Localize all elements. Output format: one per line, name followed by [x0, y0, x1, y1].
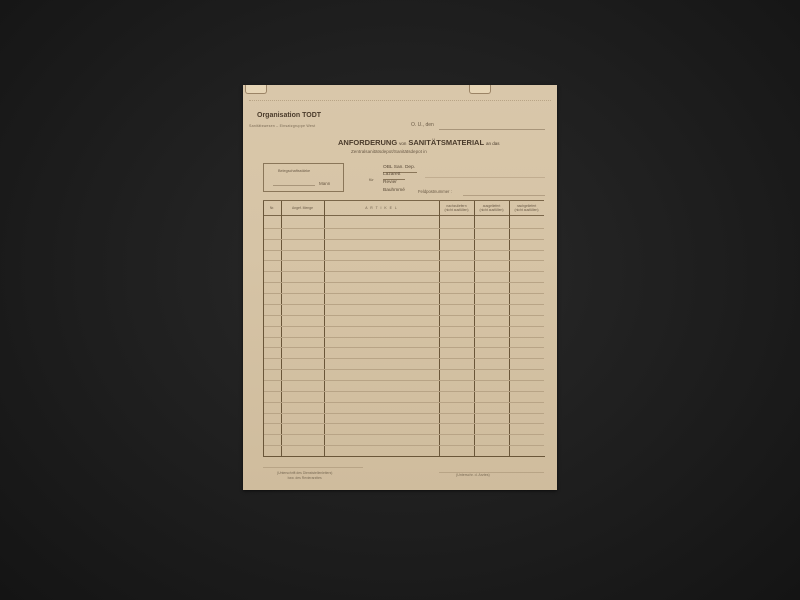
table-row[interactable]	[264, 326, 544, 327]
header-artikel: A R T I K E L	[324, 206, 439, 210]
header-nr: Nr.	[263, 206, 281, 210]
table-row[interactable]	[264, 239, 544, 240]
signature-left-line1: (Unterschrift des Dienststellenleiters)	[277, 471, 332, 476]
table-row[interactable]	[264, 347, 544, 348]
table-row[interactable]	[264, 369, 544, 370]
strength-box: Belegschaftsstärke Mann	[263, 163, 344, 192]
header-col4: nachzuliefern (nicht ausfüllen)	[439, 204, 474, 212]
table-row[interactable]	[264, 391, 544, 392]
strength-unit: Mann	[319, 181, 330, 186]
ou-date-label: O. U., den	[411, 122, 434, 128]
strength-label: Belegschaftsstärke	[278, 169, 310, 173]
table-bottom-border	[263, 456, 545, 457]
signature-left-line2: bzw. des Revierarzttes	[277, 476, 332, 481]
title-an-das: an das	[486, 141, 500, 146]
feldpost-label: Feldpostnummer :	[418, 189, 452, 194]
table-row[interactable]	[264, 250, 544, 251]
header-col4-note: (nicht ausfüllen)	[439, 208, 474, 212]
signature-right-label: (Unterschr. d. Arztes)	[456, 473, 490, 477]
header-col6: nachgeliefert (nicht ausfüllen)	[509, 204, 544, 212]
signature-left-field[interactable]	[263, 467, 363, 468]
title-anforderung: ANFORDERUNG	[338, 138, 397, 147]
perforation-line	[249, 100, 551, 101]
table-row[interactable]	[264, 358, 544, 359]
table-row[interactable]	[264, 282, 544, 283]
table-row[interactable]	[264, 337, 544, 338]
requisition-form: Organisation TODT Sanitätswesen – Einsat…	[243, 85, 557, 490]
table-row[interactable]	[264, 413, 544, 414]
fuer-label: für	[369, 177, 374, 182]
signature-left-label: (Unterschrift des Dienststellenleiters) …	[277, 471, 332, 480]
form-subtitle: Zentralsanitätsdepot/Sanitätsdepot in	[351, 149, 427, 154]
dest-lazarett[interactable]: Lazarett	[383, 172, 400, 177]
article-table: Nr. Angef. Menge A R T I K E L nachzulie…	[263, 200, 544, 456]
table-row[interactable]	[264, 293, 544, 294]
header-col6-note: (nicht ausfüllen)	[509, 208, 544, 212]
header-col5: ausgeliefert (nicht ausfüllen)	[474, 204, 509, 212]
binding-tab-left	[245, 85, 267, 94]
binding-tab-right	[469, 85, 491, 94]
dest-obl-san-dep[interactable]: OBL San. Dep.	[383, 165, 415, 170]
table-row[interactable]	[264, 228, 544, 229]
table-header-divider	[263, 215, 544, 216]
feldpost-field[interactable]	[463, 195, 545, 196]
title-sanitaetsmaterial: SANITÄTSMATERIAL	[408, 138, 484, 147]
table-row[interactable]	[264, 380, 544, 381]
ou-date-field[interactable]	[439, 129, 545, 130]
table-row[interactable]	[264, 402, 544, 403]
signature-right-field[interactable]	[439, 472, 544, 473]
strength-field[interactable]	[273, 185, 315, 186]
dest-revier[interactable]: Revier	[383, 180, 397, 185]
table-row[interactable]	[264, 271, 544, 272]
header-col5-note: (nicht ausfüllen)	[474, 208, 509, 212]
table-row[interactable]	[264, 315, 544, 316]
table-row[interactable]	[264, 304, 544, 305]
table-row[interactable]	[264, 434, 544, 435]
organisation-name: Organisation TODT	[257, 112, 321, 119]
form-title: ANFORDERUNG von SANITÄTSMATERIAL an das	[338, 138, 500, 147]
title-von: von	[399, 141, 406, 146]
destination-field[interactable]	[425, 177, 545, 178]
table-row[interactable]	[264, 260, 544, 261]
table-row[interactable]	[264, 445, 544, 446]
table-row[interactable]	[264, 423, 544, 424]
header-angef-menge: Angef. Menge	[281, 206, 324, 210]
organisation-subtitle: Sanitätswesen – Einsatzgruppe West	[249, 124, 315, 128]
dest-bauhmme[interactable]: Bauhmmé	[383, 188, 405, 193]
